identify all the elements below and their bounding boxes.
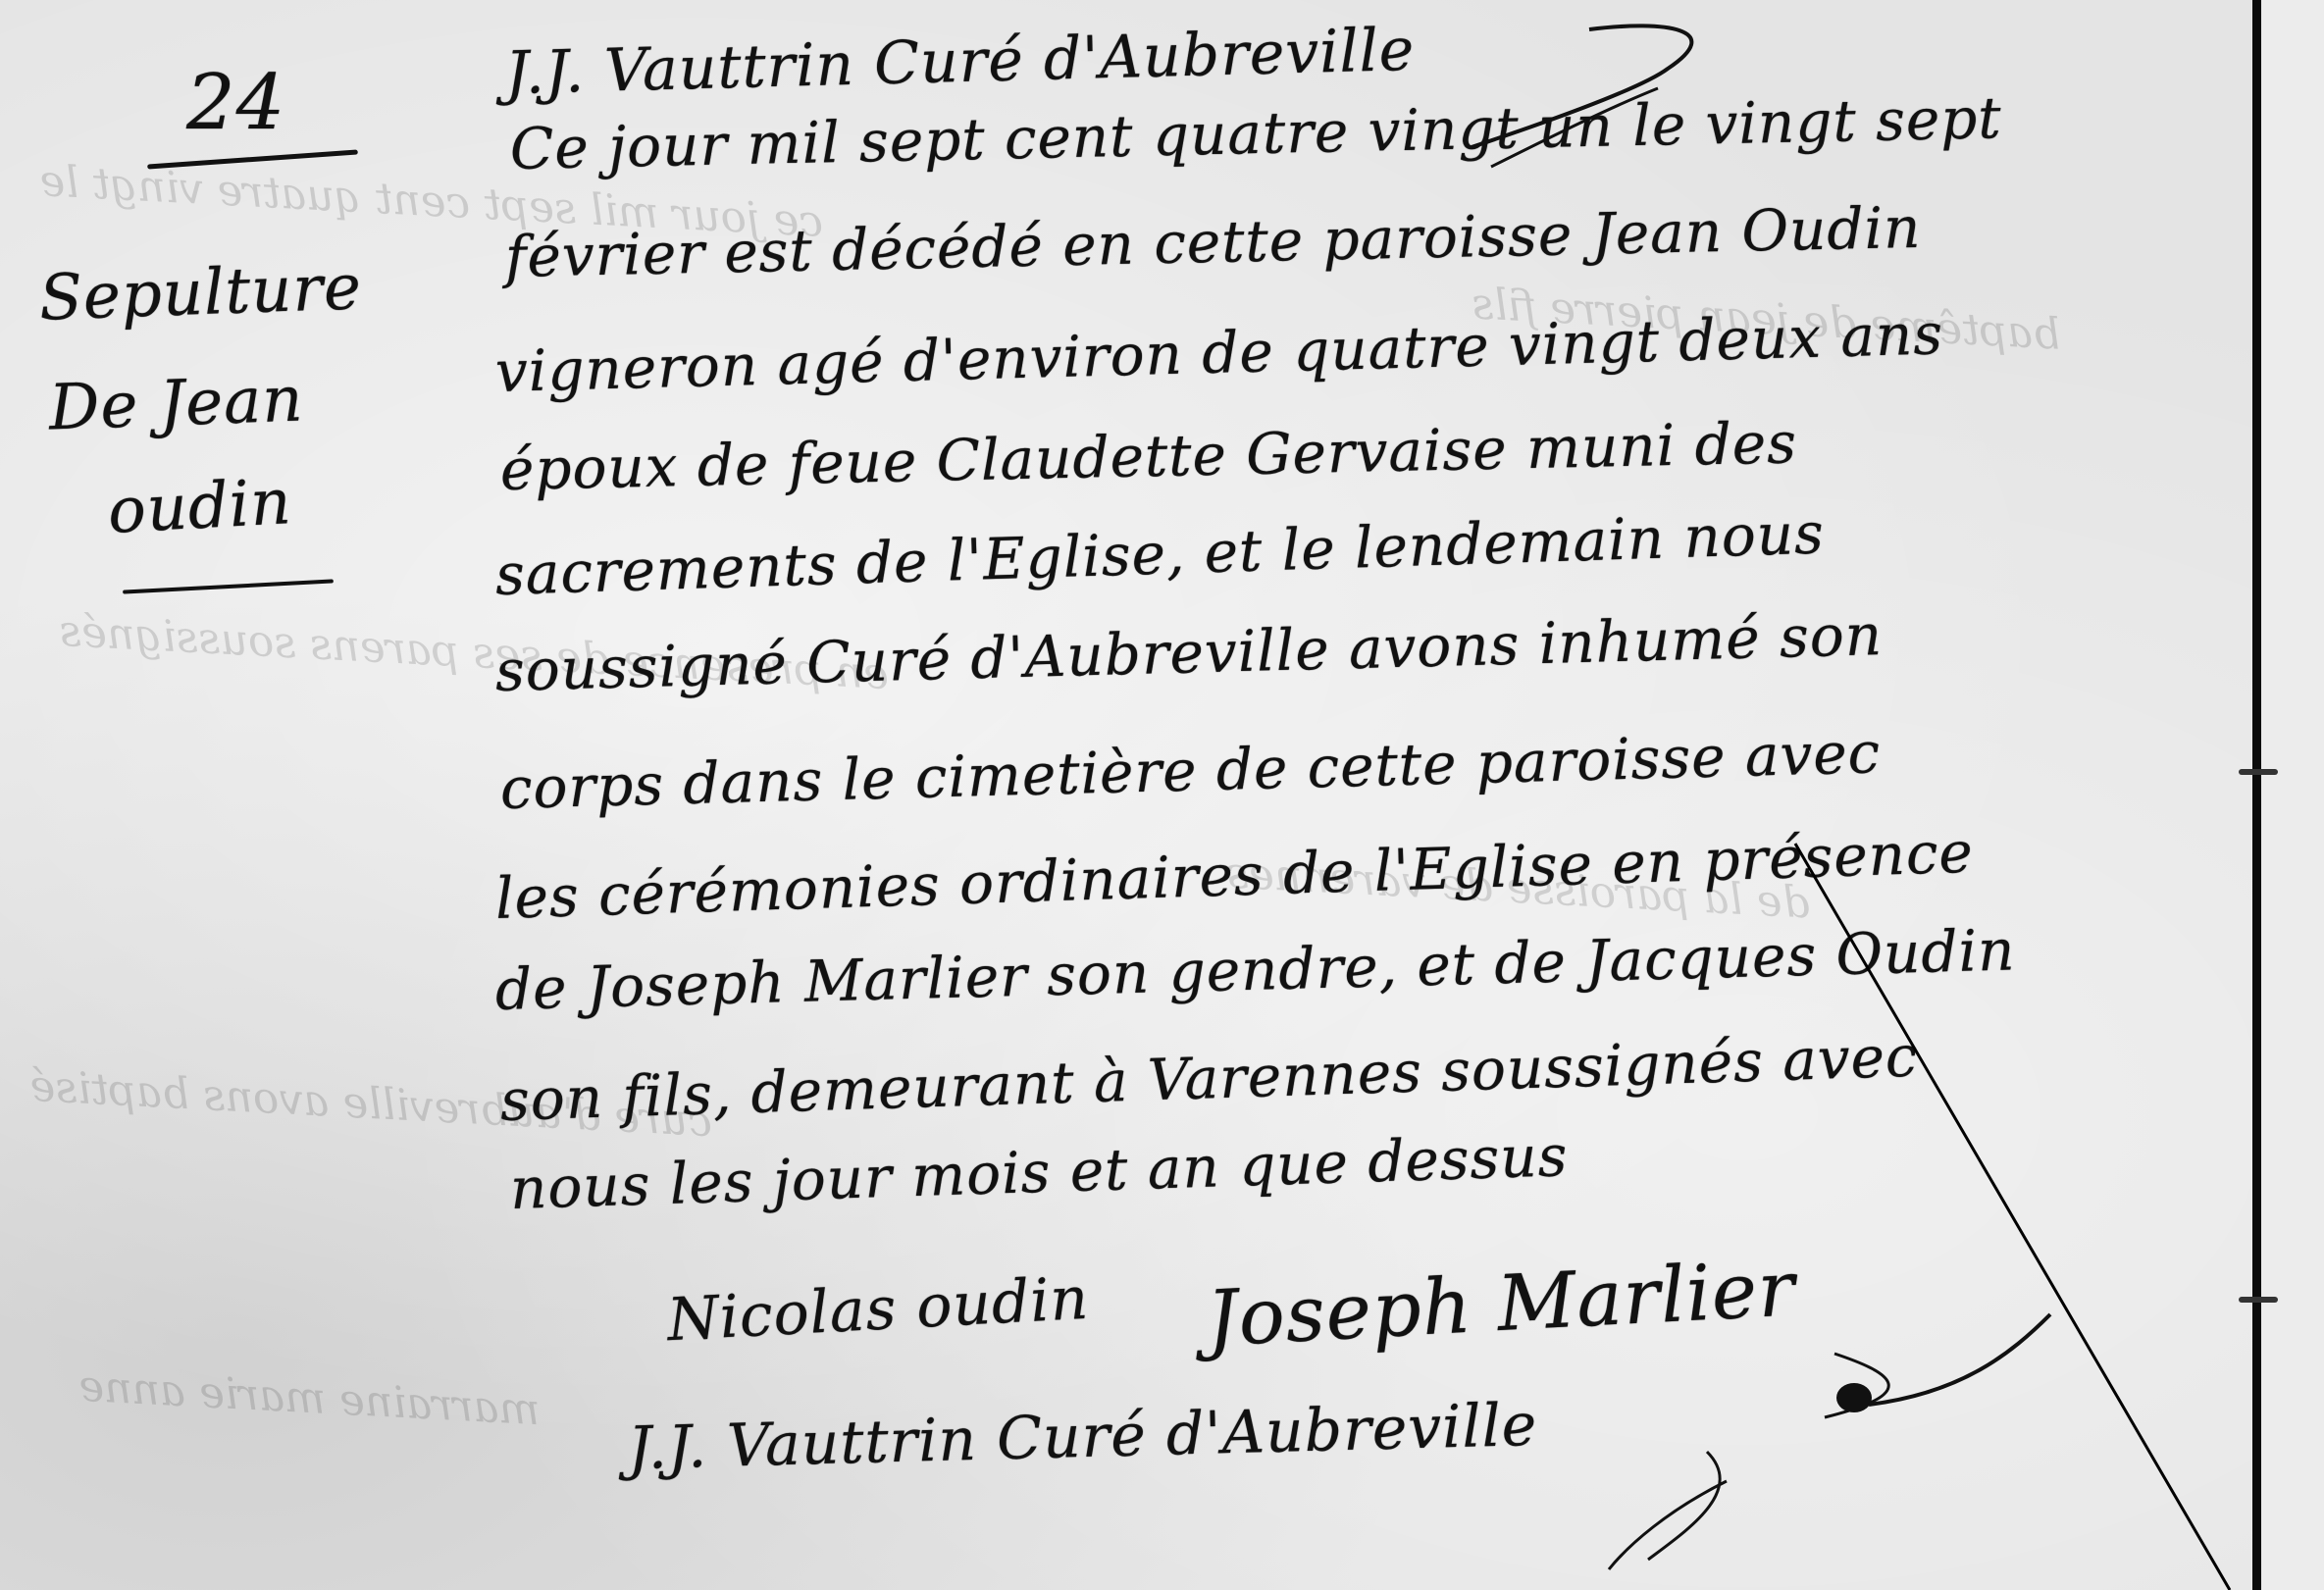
rule-tick-mark (2239, 769, 2278, 775)
right-margin-strip (2261, 0, 2324, 1590)
ink-flourishes (0, 0, 2324, 1590)
rule-tick-mark (2239, 1297, 2278, 1303)
margin-rule-line (2252, 0, 2261, 1590)
register-page: ce jour mil sept cent quatre vingt le en… (0, 0, 2324, 1590)
diagonal-strike-line (1795, 844, 2230, 1590)
